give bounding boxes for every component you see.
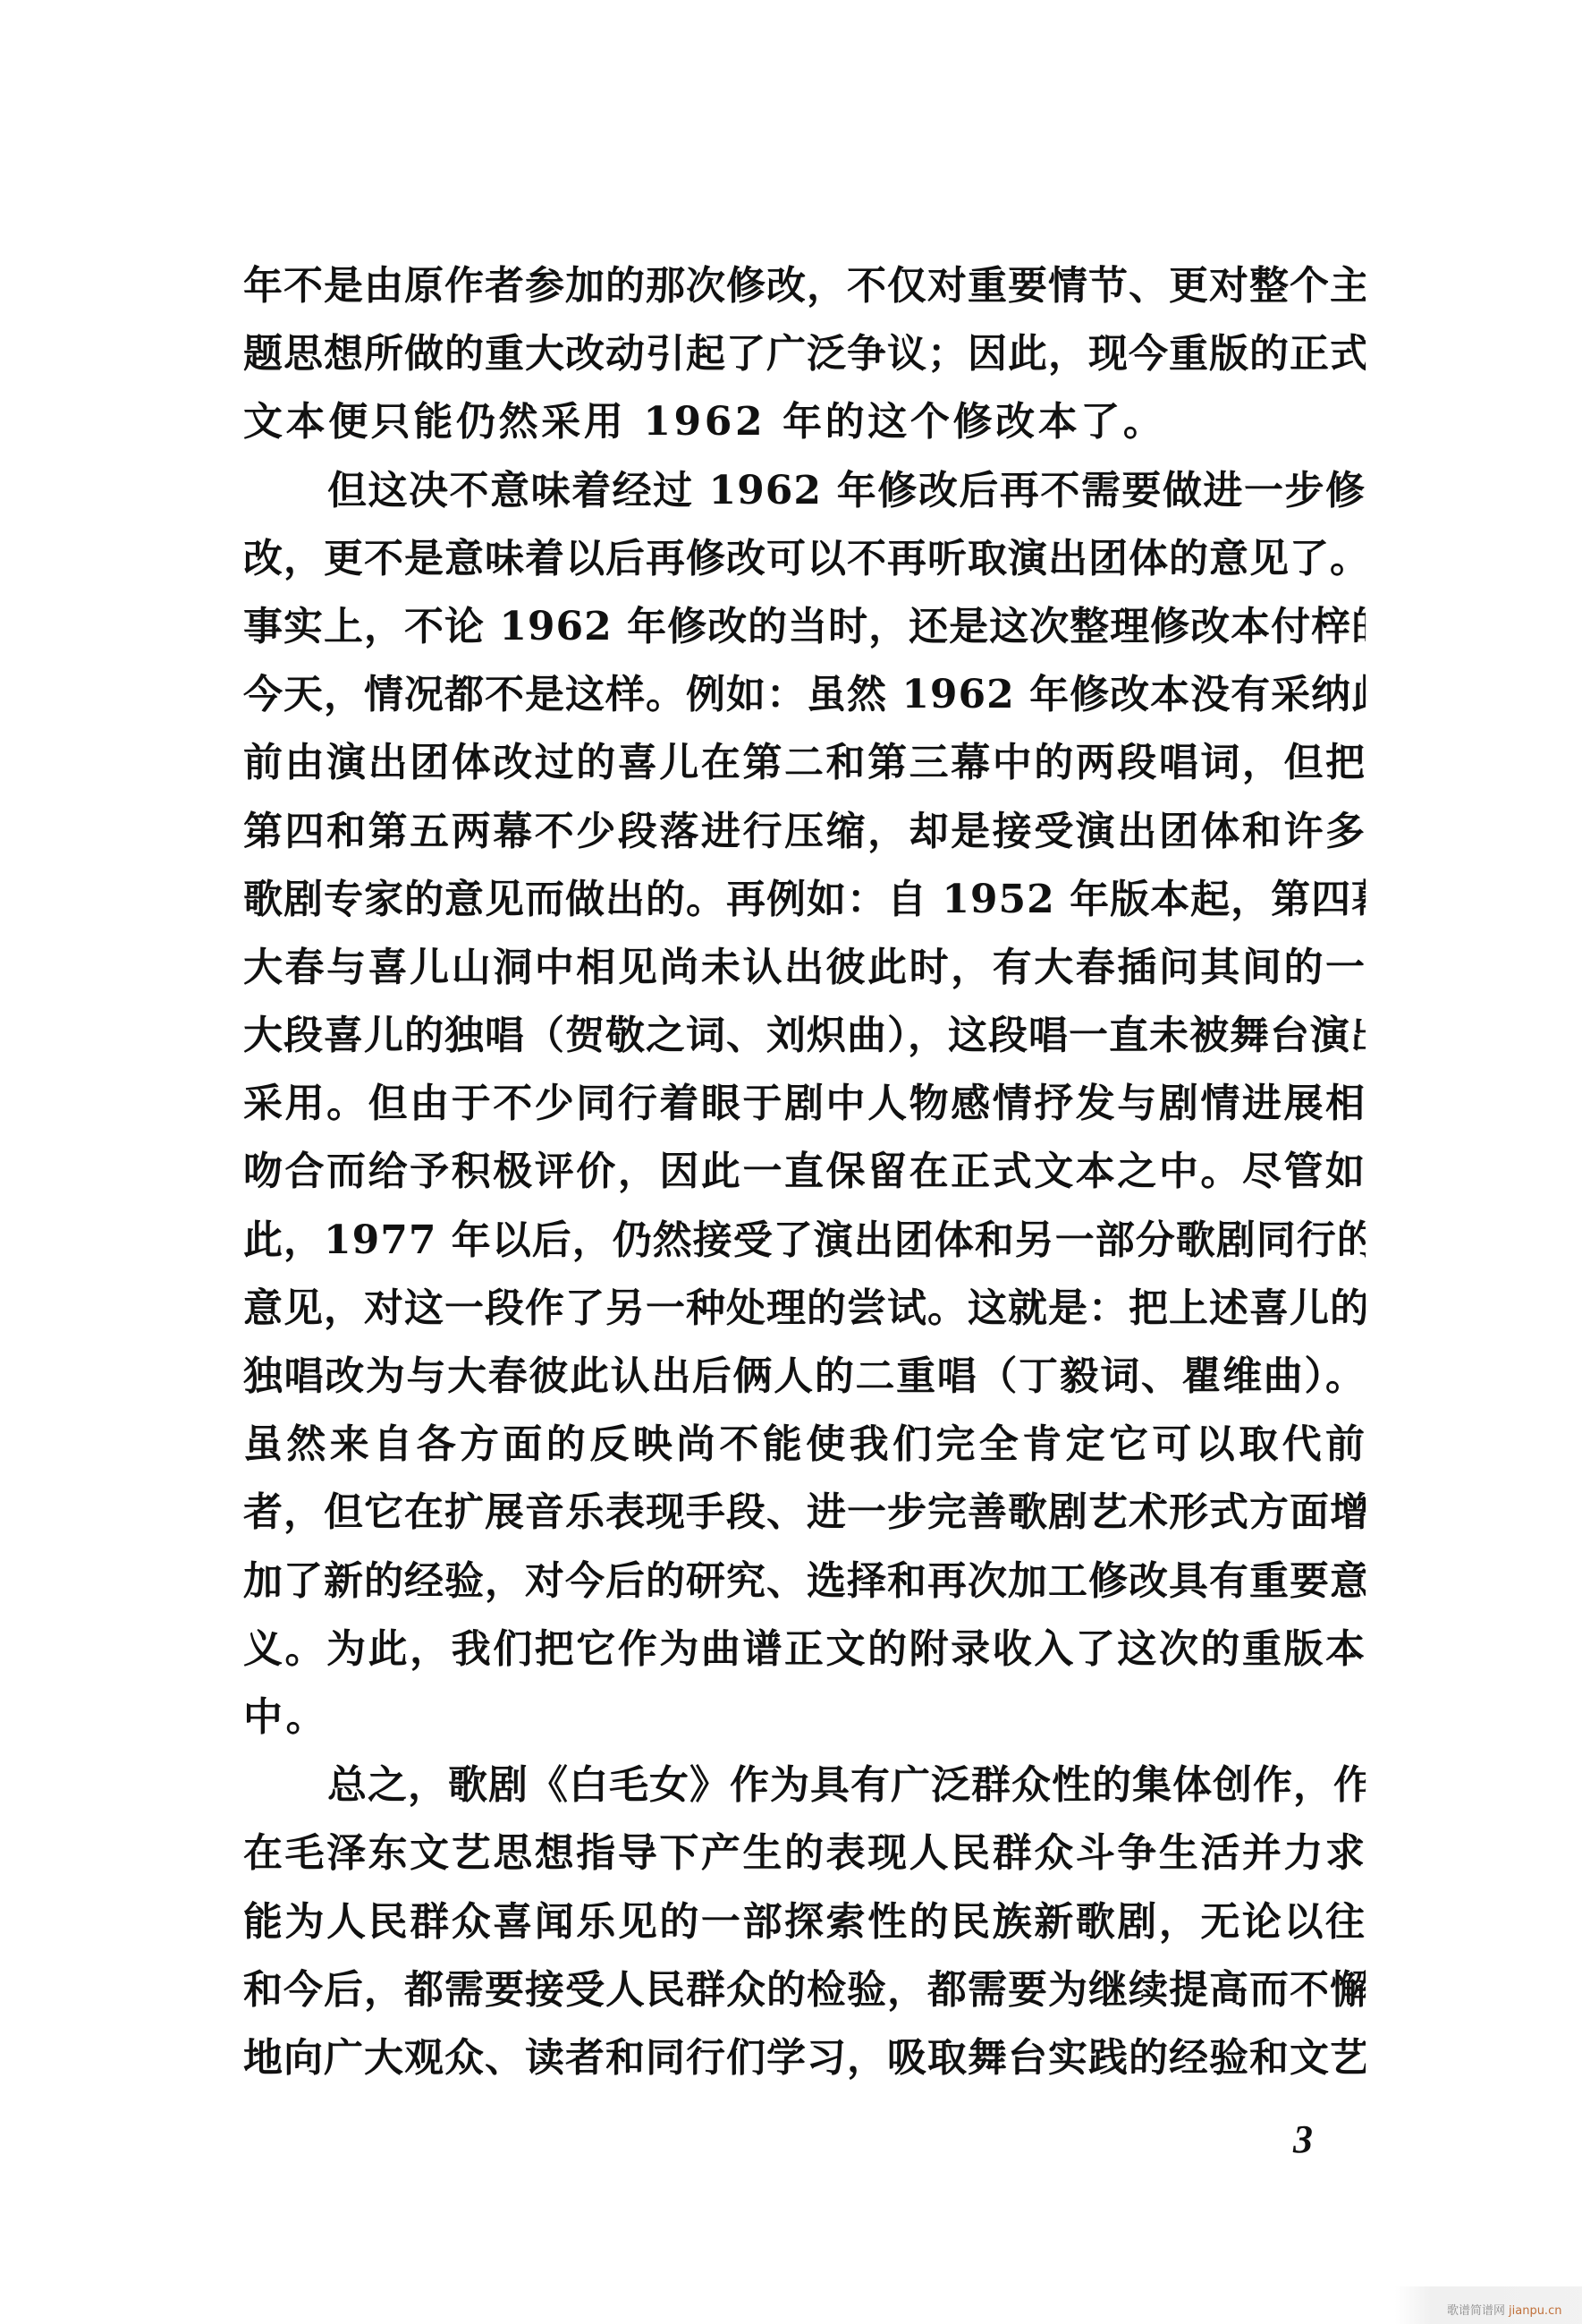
text-line: 改，更不是意味着以后再修改可以不再听取演出团体的意见了。 xyxy=(243,525,1366,593)
text-line: 义。为此，我们把它作为曲谱正文的附录收入了这次的重版本 xyxy=(243,1616,1366,1684)
text-line: 第四和第五两幕不少段落进行压缩，却是接受演出团体和许多 xyxy=(243,798,1366,866)
text-line: 前由演出团体改过的喜儿在第二和第三幕中的两段唱词，但把 xyxy=(243,729,1366,797)
text-line: 但这决不意味着经过 1962 年修改后再不需要做进一步修 xyxy=(243,457,1366,525)
paragraph-2: 但这决不意味着经过 1962 年修改后再不需要做进一步修 改，更不是意味着以后再… xyxy=(243,457,1366,1752)
page-number: 3 xyxy=(1293,2116,1313,2162)
text-line: 虽然来自各方面的反映尚不能使我们完全肯定它可以取代前 xyxy=(243,1411,1366,1479)
text-line: 吻合而给予积极评价，因此一直保留在正式文本之中。尽管如 xyxy=(243,1138,1366,1206)
text-line: 地向广大观众、读者和同行们学习，吸取舞台实践的经验和文艺 xyxy=(243,2024,1366,2092)
paragraph-3: 总之，歌剧《白毛女》作为具有广泛群众性的集体创作，作为 在毛泽东文艺思想指导下产… xyxy=(243,1751,1366,2092)
text-line: 在毛泽东文艺思想指导下产生的表现人民群众斗争生活并力求 xyxy=(243,1819,1366,1887)
watermark-text: 歌谱简谱网jianpu.cn xyxy=(1447,2301,1561,2318)
text-line: 能为人民群众喜闻乐见的一部探索性的民族新歌剧，无论以往 xyxy=(243,1888,1366,1956)
text-line: 总之，歌剧《白毛女》作为具有广泛群众性的集体创作，作为 xyxy=(243,1751,1366,1819)
text-line: 大春与喜儿山洞中相见尚未认出彼此时，有大春插问其间的一 xyxy=(243,934,1366,1002)
text-line: 今天，情况都不是这样。例如：虽然 1962 年修改本没有采纳此 xyxy=(243,661,1366,729)
text-line: 意见，对这一段作了另一种处理的尝试。这就是：把上述喜儿的 xyxy=(243,1275,1366,1343)
text-line: 者，但它在扩展音乐表现手段、进一步完善歌剧艺术形式方面增 xyxy=(243,1479,1366,1547)
watermark: 歌谱简谱网jianpu.cn xyxy=(1395,2286,1582,2324)
document-page: 年不是由原作者参加的那次修改，不仅对重要情节、更对整个主 题思想所做的重大改动引… xyxy=(0,0,1582,2324)
text-line: 事实上，不论 1962 年修改的当时，还是这次整理修改本付梓的 xyxy=(243,593,1366,661)
text-line: 独唱改为与大春彼此认出后俩人的二重唱（丁毅词、瞿维曲）。 xyxy=(243,1343,1366,1411)
text-line: 采用。但由于不少同行着眼于剧中人物感情抒发与剧情进展相 xyxy=(243,1070,1366,1138)
text-line: 歌剧专家的意见而做出的。再例如：自 1952 年版本起，第四幕 xyxy=(243,866,1366,934)
text-line: 和今后，都需要接受人民群众的检验，都需要为继续提高而不懈 xyxy=(243,1956,1366,2024)
text-line: 中。 xyxy=(243,1684,1366,1751)
watermark-domain: jianpu.cn xyxy=(1509,2304,1561,2318)
text-line: 加了新的经验，对今后的研究、选择和再次加工修改具有重要意 xyxy=(243,1548,1366,1616)
text-line: 题思想所做的重大改动引起了广泛争议；因此，现今重版的正式 xyxy=(243,320,1366,388)
text-line: 大段喜儿的独唱（贺敬之词、刘炽曲），这段唱一直未被舞台演出 xyxy=(243,1002,1366,1070)
paragraph-1: 年不是由原作者参加的那次修改，不仅对重要情节、更对整个主 题思想所做的重大改动引… xyxy=(243,252,1366,457)
body-text: 年不是由原作者参加的那次修改，不仅对重要情节、更对整个主 题思想所做的重大改动引… xyxy=(243,252,1366,2092)
watermark-site-name: 歌谱简谱网 xyxy=(1447,2304,1505,2318)
text-line: 年不是由原作者参加的那次修改，不仅对重要情节、更对整个主 xyxy=(243,252,1366,320)
text-line: 文本便只能仍然采用 1962 年的这个修改本了。 xyxy=(243,388,1366,456)
text-line: 此，1977 年以后，仍然接受了演出团体和另一部分歌剧同行的 xyxy=(243,1207,1366,1275)
